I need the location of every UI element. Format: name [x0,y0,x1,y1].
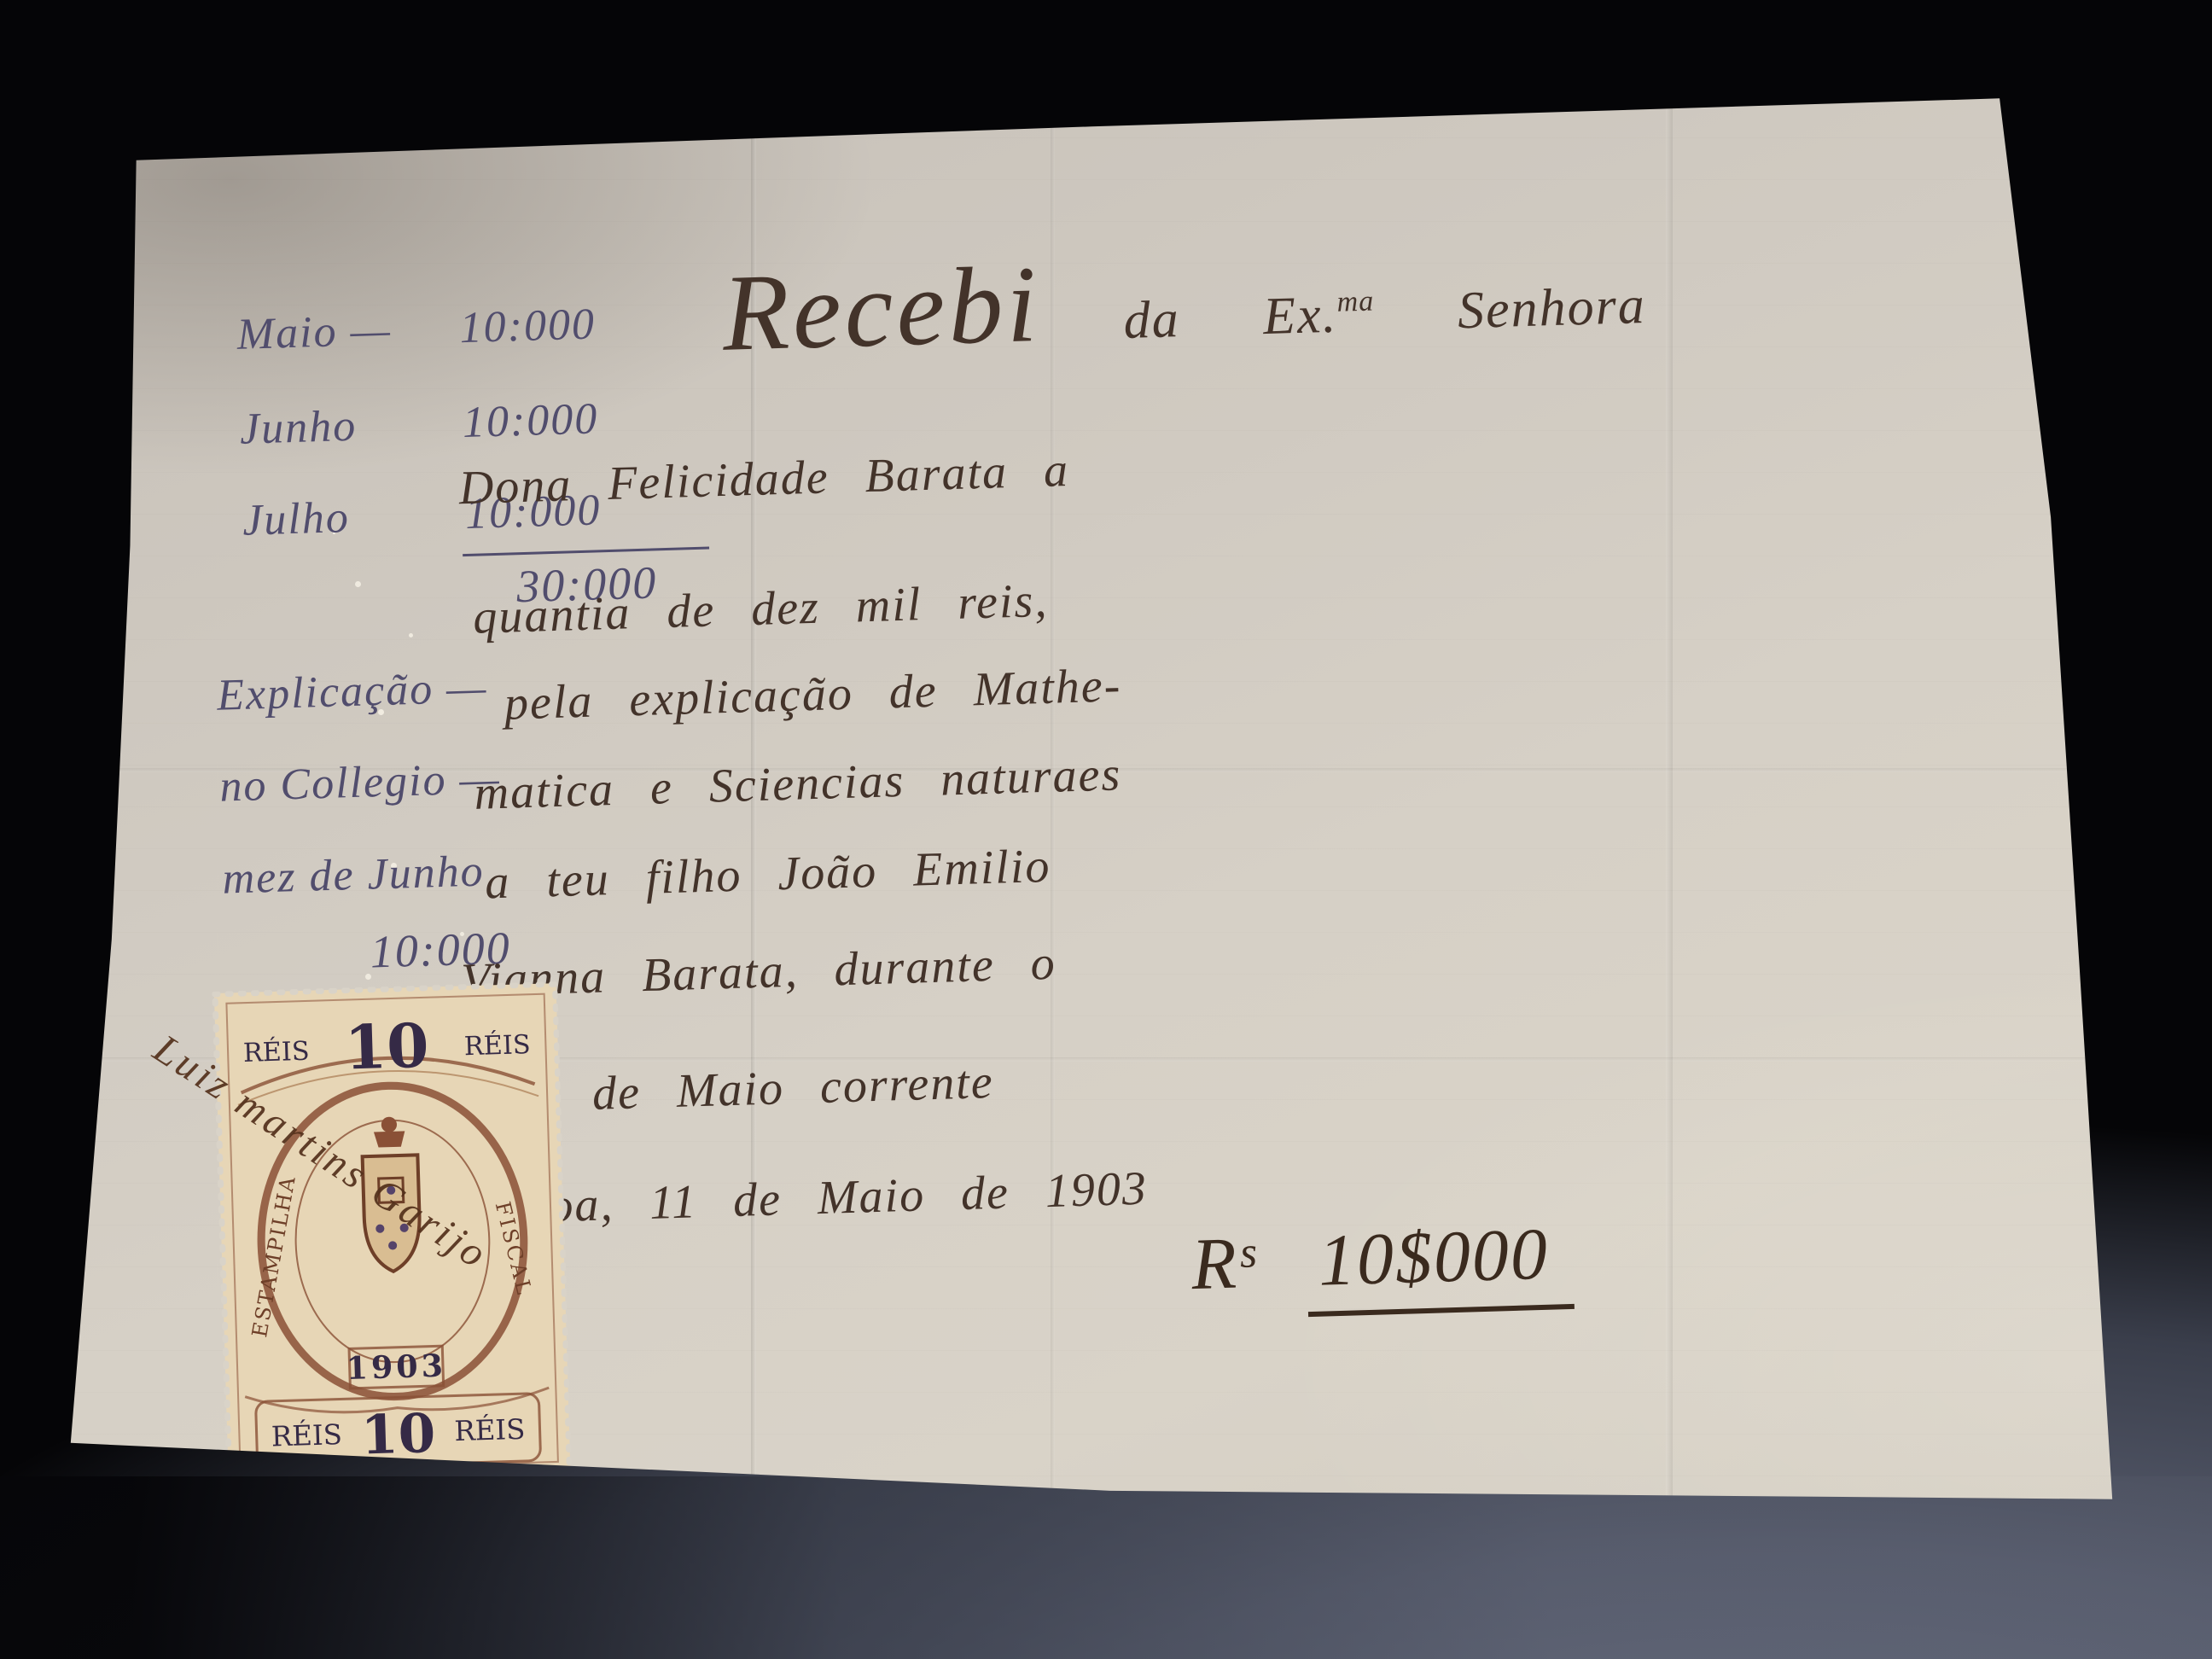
superscript-ma: ma [1336,285,1375,317]
receipt-paper: Maio — 10:000 Junho 10:000 Julho 10:000 … [67,96,2116,1502]
ledger-month: Junho [239,401,358,455]
ledger-month: Julho [242,492,350,546]
stamp-year: 1903 [345,1348,446,1387]
stamp-top-reis-right: RÉIS [463,1029,531,1062]
note-line-1: Explicação — [216,663,488,721]
ledger-row-junho: Junho 10:000 [239,393,599,454]
receipt-line-6: a teu filho João Emilio [484,839,1051,911]
stamp-bottom-reis-right: RÉIS [453,1413,525,1447]
stamp-top-value: 10 [343,1010,429,1084]
receipt-line-1: Recebi da Ex.ma Senhora [722,259,1647,363]
reis-currency-symbol: Rˢ [1190,1221,1257,1305]
stamp-bottom-reis-left: RÉIS [271,1418,342,1452]
ledger-row-maio: Maio — 10:000 [236,300,597,360]
handwritten-content: Maio — 10:000 Junho 10:000 Julho 10:000 … [50,61,2141,1528]
photo-of-receipt: Maio — 10:000 Junho 10:000 Julho 10:000 … [0,0,2212,1659]
ledger-amount: 10:000 [459,300,597,354]
note-line-3: mez de Junho [222,846,486,904]
receipt-word-recebi: Recebi [720,242,1041,373]
receipt-line-1-rest-a: da Ex. [1123,285,1338,349]
amount-value: 10$000 [1305,1210,1574,1317]
ledger-month: Maio — [236,306,393,360]
table-surface-edge [0,1476,2212,1659]
stamp-top-reis-left: RÉIS [242,1036,310,1068]
receipt-line-2: Dona Felicidade Barata a [458,443,1070,515]
revenue-stamp-10-reis: RÉIS 10 RÉIS ESTAMPILHA FISCAL [212,981,573,1484]
receipt-line-1-rest-b: Senhora [1374,276,1647,341]
receipt-line-5: matica e Sciencias naturaes [474,747,1122,820]
amount-line: Rˢ10$000 [1190,1210,1575,1320]
note-line-2: no Collegio — [219,754,502,812]
receipt-line-4: pela explicação de Mathe- [504,658,1122,731]
ledger-amount: 10:000 [462,393,599,448]
